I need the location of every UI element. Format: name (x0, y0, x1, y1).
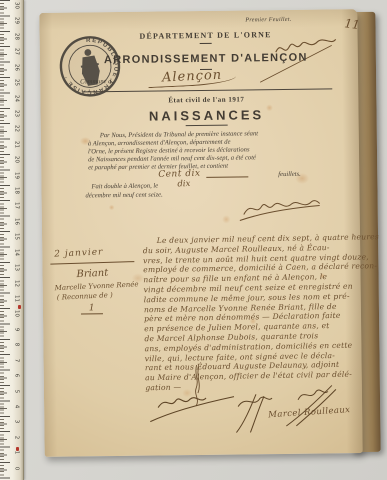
margin-surname: Briant (76, 268, 108, 280)
margin-mention: ( Reconnue de ) (57, 291, 113, 302)
handwritten-page-number: 11 (344, 16, 361, 32)
naissances-title: NAISSANCES (83, 106, 329, 124)
commune-label: Commune d (80, 78, 111, 85)
printed-declaration-paragraph: Par Nous, Président du Tribunal de premi… (88, 129, 332, 172)
margin-act-number: 1 (89, 303, 95, 313)
ruler-number: 4 (14, 401, 19, 411)
margin-date: 2 janvier (54, 247, 104, 259)
margin-underline (50, 261, 134, 264)
ruler-number: 15 (14, 232, 19, 242)
ruler-number: 3 (14, 417, 19, 427)
ruler-number: 6 (14, 371, 19, 381)
ruler-number: 23 (14, 108, 19, 118)
ruler-number: 21 (14, 139, 19, 149)
title-underline (186, 125, 228, 127)
handwritten-birth-act: Le deux janvier mil neuf cent dix sept, … (143, 233, 360, 393)
ruler-number: 29 (14, 16, 19, 26)
fait-double-line2: décembre mil neuf cent seize. (85, 191, 162, 199)
red-pencil-mark (16, 447, 19, 451)
commune-handwritten-value: Alençon (148, 67, 237, 88)
premier-feuillet-note: Premier Feuillet. (245, 17, 291, 24)
ruler-number: 5 (14, 386, 19, 396)
ruler-number: 18 (14, 186, 19, 196)
ruler-number: 22 (14, 124, 19, 134)
margin-number-underline (81, 313, 103, 314)
ruler-scale: 3029282726252423222120191817161514131211… (11, 0, 21, 474)
ruler-number: 16 (14, 216, 19, 226)
ruler-number: 0 (14, 463, 19, 473)
ruler-number: 7 (14, 355, 19, 365)
ruler-number: 30 (14, 1, 19, 11)
margin-given-names: Marcelle Yvonne Renée (45, 280, 149, 293)
ruler-number: 12 (14, 278, 19, 288)
ruler-number: 27 (14, 47, 19, 57)
feuillets-suffix: feuillets. (278, 171, 301, 178)
measuring-ruler: 3029282726252423222120191817161514131211… (0, 0, 24, 480)
ruler-number: 14 (14, 247, 19, 257)
ruler-number: 17 (14, 201, 19, 211)
ruler-number: 8 (14, 340, 19, 350)
ruler-number: 2 (14, 432, 19, 442)
ruler-number: 20 (14, 155, 19, 165)
ruler-number: 19 (14, 170, 19, 180)
etat-civil-subtitle: État civil de l'an 1917 (83, 94, 329, 105)
ruler-number: 26 (14, 62, 19, 72)
president-signature-flourish (238, 196, 322, 223)
red-pencil-mark (18, 305, 21, 309)
ruler-tick-marks (0, 0, 11, 480)
ruler-number: 9 (14, 324, 19, 334)
ruler-number: 13 (14, 263, 19, 273)
fait-double-day-handwritten: dix (177, 179, 190, 189)
ruler-number: 11 (14, 294, 19, 304)
ruler-number: 10 (14, 309, 19, 319)
fait-double-printed: Fait double à Alençon, le (91, 183, 158, 191)
signature-flourish-left (148, 391, 236, 424)
ruler-number: 25 (14, 78, 19, 88)
ruler-number: 24 (14, 93, 19, 103)
feuillets-count-handwritten: Cent dix (158, 169, 200, 180)
feuillets-count-line: Cent dix feuillets. (88, 169, 332, 182)
register-page: Premier Feuillet. 11 DÉPARTEMENT DE L'OR… (39, 9, 362, 457)
ruler-number: 28 (14, 31, 19, 41)
feuillets-blank-dash (206, 176, 248, 178)
photograph-of-register-page: { "page_number": "11", "ruler": { "numbe… (0, 0, 387, 480)
divider-dash (200, 43, 212, 44)
